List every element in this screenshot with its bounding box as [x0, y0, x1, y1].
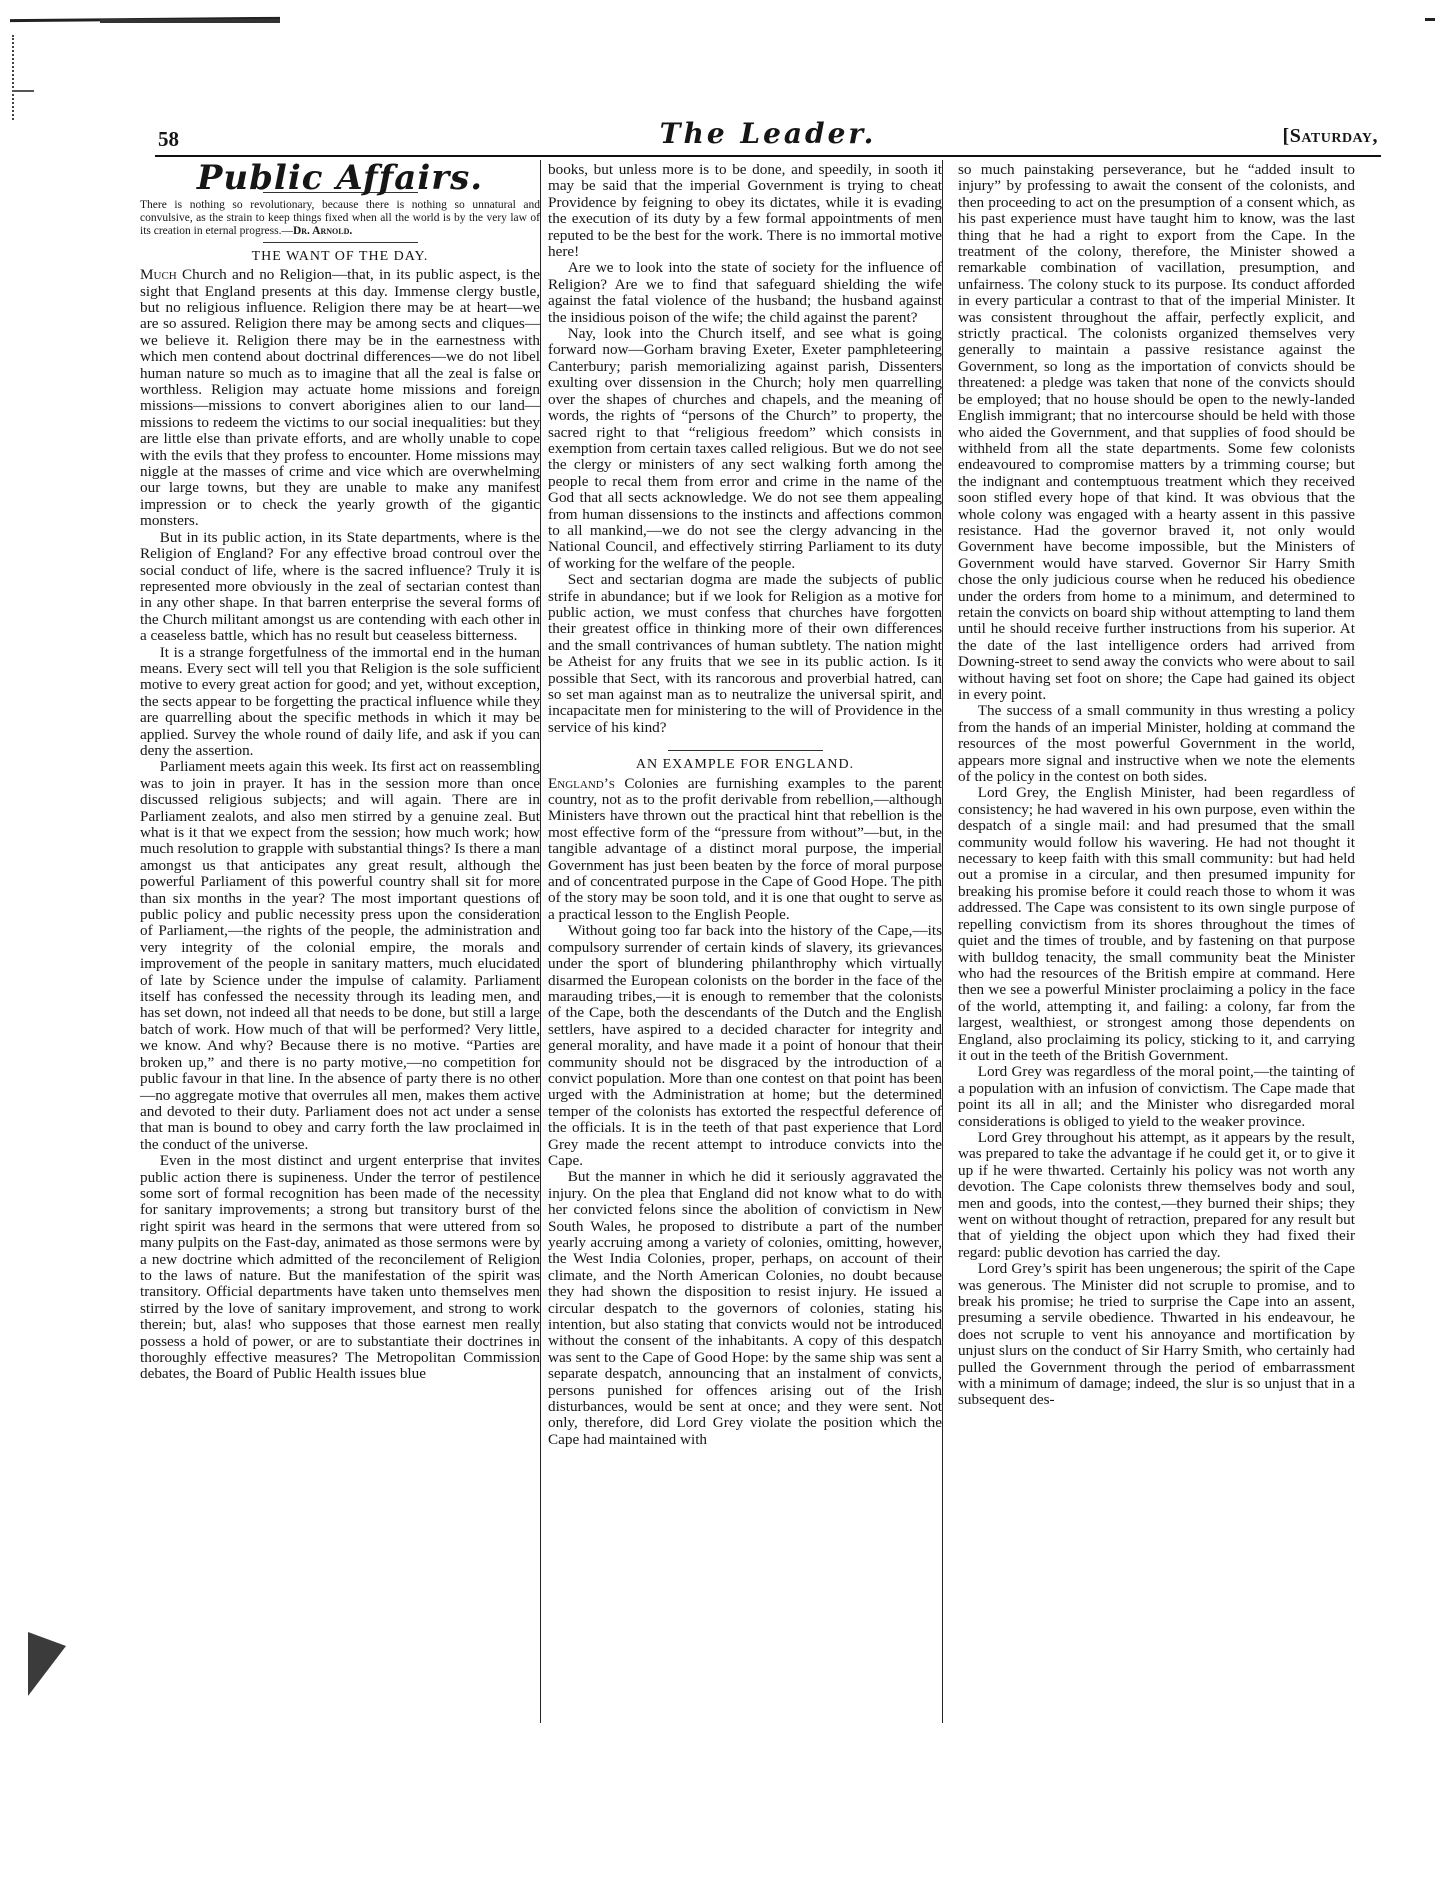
paragraph-text: Colonies are furnishing examples to the … [548, 775, 942, 923]
article-separator-rule [668, 750, 823, 751]
article-paragraph: It is a strange forgetfulness of the imm… [140, 645, 540, 760]
article-paragraph: Are we to look into the state of society… [548, 260, 942, 326]
article-paragraph: Lord Grey throughout his attempt, as it … [958, 1130, 1355, 1261]
article-paragraph: Even in the most distinct and urgent ent… [140, 1153, 540, 1383]
section-title: Public Affairs. [140, 170, 540, 186]
article-title-want-of-the-day: The Want of the Day. [140, 249, 540, 265]
masthead-title: The Leader. [158, 117, 1378, 150]
running-head: 58 The Leader. [Saturday, [158, 117, 1378, 153]
article-paragraph: Lord Grey was regardless of the moral po… [958, 1064, 1355, 1130]
lead-word: Much [140, 266, 177, 283]
column-3: so much painstaking perseverance, but he… [950, 162, 1355, 1409]
article-paragraph-continued: so much painstaking perseverance, but he… [958, 162, 1355, 703]
article-paragraph: The success of a small community in thus… [958, 703, 1355, 785]
article-title-example-for-england: An Example for England. [548, 757, 942, 773]
article-paragraph: Lord Grey, the English Minister, had bee… [958, 785, 1355, 1064]
column-divider [942, 160, 943, 1723]
header-rule [155, 155, 1381, 157]
article-paragraph: Lord Grey’s spirit has been ungenerous; … [958, 1261, 1355, 1409]
column-2: books, but unless more is to be done, an… [540, 162, 942, 1448]
article-paragraph: Nay, look into the Church itself, and se… [548, 326, 942, 572]
scan-edge-artifact [100, 19, 280, 23]
scan-binding-artifact [12, 90, 34, 92]
dateline: [Saturday, [1283, 125, 1378, 148]
epigraph-attribution: Dr. Arnold. [293, 225, 352, 237]
article-paragraph: Without going too far back into the hist… [548, 923, 942, 1169]
article-paragraph: Sect and sectarian dogma are made the su… [548, 572, 942, 736]
epigraph: There is nothing so revolutionary, becau… [140, 199, 540, 237]
column-1: Public Affairs. There is nothing so revo… [140, 162, 540, 1383]
article-paragraph: But in its public action, in its State d… [140, 530, 540, 645]
article-paragraph: But the manner in which he did it seriou… [548, 1169, 942, 1448]
article-paragraph: Much Church and no Religion—that, in its… [140, 267, 540, 530]
scan-binding-artifact [12, 35, 17, 120]
lead-word: England’s [548, 775, 615, 792]
article-paragraph: Parliament meets again this week. Its fi… [140, 759, 540, 1153]
article-paragraph: England’s Colonies are furnishing exampl… [548, 776, 942, 924]
epigraph-rule [263, 242, 418, 243]
paragraph-text: Church and no Religion—that, in its publ… [140, 266, 540, 529]
scan-marker-triangle-icon [28, 1632, 66, 1696]
scan-edge-artifact [1425, 18, 1435, 21]
article-paragraph-continued: books, but unless more is to be done, an… [548, 162, 942, 260]
